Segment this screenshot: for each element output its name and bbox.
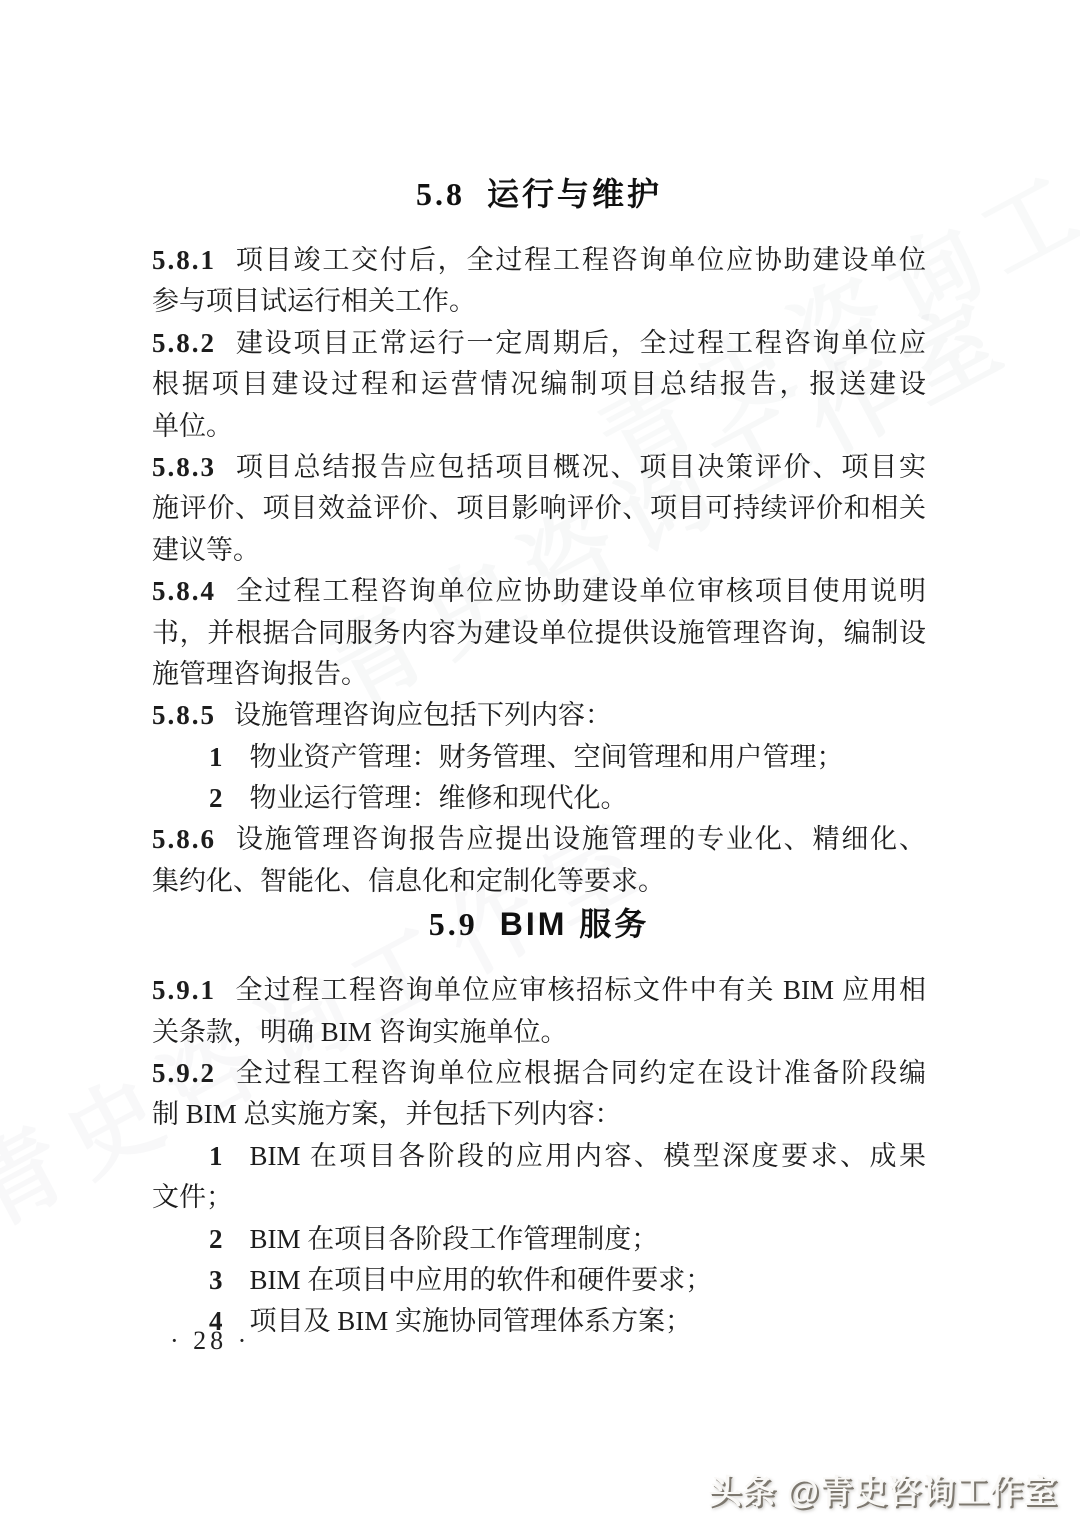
line-text: 项目总结报告应包括项目概况、项目决策评价、项目实 bbox=[234, 452, 926, 482]
line-text: 项目竣工交付后，全过程工程咨询单位应协助建设单位 bbox=[234, 245, 926, 275]
section-heading: 5.9BIM 服务 bbox=[152, 902, 926, 946]
text-line: 5.8.4全过程工程咨询单位应协助建设单位审核项目使用说明 bbox=[152, 571, 926, 612]
clause-number: 5.8.3 bbox=[152, 452, 216, 482]
list-item-number: 1 bbox=[209, 742, 223, 772]
list-item-number: 3 bbox=[209, 1265, 223, 1295]
text-line: 制 BIM 总实施方案，并包括下列内容： bbox=[152, 1094, 926, 1135]
text-line: 单位。 bbox=[152, 406, 926, 447]
line-text: BIM 在项目各阶段工作管理制度； bbox=[250, 1224, 659, 1254]
section-heading-title: BIM 服务 bbox=[500, 906, 650, 942]
line-text: 建设项目正常运行一定周期后，全过程工程咨询单位应 bbox=[234, 328, 926, 358]
text-line: 书，并根据合同服务内容为建设单位提供设施管理咨询，编制设 bbox=[152, 613, 926, 654]
line-text: 单位。 bbox=[152, 411, 233, 441]
text-line: 施管理咨询报告。 bbox=[152, 654, 926, 695]
clause-number: 5.9.2 bbox=[152, 1058, 216, 1088]
text-line: 建议等。 bbox=[152, 530, 926, 571]
line-text: 文件； bbox=[152, 1182, 233, 1212]
text-line: 参与项目试运行相关工作。 bbox=[152, 281, 926, 322]
section-heading-title: 运行与维护 bbox=[487, 176, 662, 212]
page-number: · 28 · bbox=[170, 1326, 250, 1356]
line-text: 根据项目建设过程和运营情况编制项目总结报告，报送建设 bbox=[152, 369, 926, 399]
text-line: 5.8.6设施管理咨询报告应提出设施管理的专业化、精细化、 bbox=[152, 819, 926, 860]
clause-number: 5.8.4 bbox=[152, 576, 216, 606]
line-text: 全过程工程咨询单位应根据合同约定在设计准备阶段编 bbox=[234, 1058, 926, 1088]
clause-number: 5.8.2 bbox=[152, 328, 216, 358]
text-line: 3BIM 在项目中应用的软件和硬件要求； bbox=[152, 1260, 926, 1301]
list-item-number: 2 bbox=[209, 1224, 223, 1254]
text-line: 5.8.3项目总结报告应包括项目概况、项目决策评价、项目实 bbox=[152, 447, 926, 488]
section-heading-number: 5.8 bbox=[416, 176, 465, 212]
line-text: 参与项目试运行相关工作。 bbox=[152, 286, 476, 316]
text-line: 5.9.1全过程工程咨询单位应审核招标文件中有关 BIM 应用相 bbox=[152, 970, 926, 1011]
text-line: 5.9.2全过程工程咨询单位应根据合同约定在设计准备阶段编 bbox=[152, 1053, 926, 1094]
text-line: 5.8.5设施管理咨询应包括下列内容： bbox=[152, 695, 926, 736]
text-line: 集约化、智能化、信息化和定制化等要求。 bbox=[152, 861, 926, 902]
line-text: 集约化、智能化、信息化和定制化等要求。 bbox=[152, 866, 665, 896]
text-line: 施评价、项目效益评价、项目影响评价、项目可持续评价和相关 bbox=[152, 488, 926, 529]
text-line: 根据项目建设过程和运营情况编制项目总结报告，报送建设 bbox=[152, 364, 926, 405]
line-text: 全过程工程咨询单位应协助建设单位审核项目使用说明 bbox=[234, 576, 926, 606]
text-line: 5.8.2建设项目正常运行一定周期后，全过程工程咨询单位应 bbox=[152, 323, 926, 364]
line-text: 项目及 BIM 实施协同管理体系方案； bbox=[250, 1306, 693, 1336]
line-text: 施评价、项目效益评价、项目影响评价、项目可持续评价和相关 bbox=[152, 493, 926, 523]
clause-number: 5.8.6 bbox=[152, 824, 216, 854]
list-item-number: 1 bbox=[209, 1141, 223, 1171]
text-line: 2物业运行管理：维修和现代化。 bbox=[152, 778, 926, 819]
line-text: 制 BIM 总实施方案，并包括下列内容： bbox=[152, 1099, 622, 1129]
line-text: 关条款，明确 BIM 咨询实施单位。 bbox=[152, 1017, 568, 1047]
clause-number: 5.8.5 bbox=[152, 700, 216, 730]
line-text: 物业资产管理：财务管理、空间管理和用户管理； bbox=[250, 742, 844, 772]
line-text: BIM 在项目各阶段的应用内容、模型深度要求、成果 bbox=[250, 1141, 927, 1171]
text-line: 1物业资产管理：财务管理、空间管理和用户管理； bbox=[152, 737, 926, 778]
text-line: 文件； bbox=[152, 1177, 926, 1218]
text-line: 2BIM 在项目各阶段工作管理制度； bbox=[152, 1219, 926, 1260]
line-text: BIM 在项目中应用的软件和硬件要求； bbox=[250, 1265, 713, 1295]
line-text: 设施管理咨询应包括下列内容： bbox=[234, 700, 612, 730]
line-text: 设施管理咨询报告应提出设施管理的专业化、精细化、 bbox=[234, 824, 926, 854]
toutiao-watermark: 头条 @青史咨询工作室 bbox=[709, 1466, 1058, 1513]
line-text: 建议等。 bbox=[152, 535, 260, 565]
text-line: 关条款，明确 BIM 咨询实施单位。 bbox=[152, 1012, 926, 1053]
section-heading: 5.8运行与维护 bbox=[152, 172, 926, 216]
section-heading-number: 5.9 bbox=[429, 906, 478, 942]
text-line: 5.8.1项目竣工交付后，全过程工程咨询单位应协助建设单位 bbox=[152, 240, 926, 281]
line-text: 物业运行管理：维修和现代化。 bbox=[250, 783, 628, 813]
text-line: 4项目及 BIM 实施协同管理体系方案； bbox=[152, 1301, 926, 1342]
clause-number: 5.9.1 bbox=[152, 975, 216, 1005]
line-text: 施管理咨询报告。 bbox=[152, 659, 368, 689]
document-page: 青史咨询工作室 青史咨询工作室 青史咨询工作室 5.8运行与维护5.8.1项目竣… bbox=[0, 0, 1080, 1530]
list-item-number: 2 bbox=[209, 783, 223, 813]
page-content: 5.8运行与维护5.8.1项目竣工交付后，全过程工程咨询单位应协助建设单位参与项… bbox=[152, 0, 926, 1343]
clause-number: 5.8.1 bbox=[152, 245, 216, 275]
line-text: 书，并根据合同服务内容为建设单位提供设施管理咨询，编制设 bbox=[152, 618, 926, 648]
text-line: 1BIM 在项目各阶段的应用内容、模型深度要求、成果 bbox=[152, 1136, 926, 1177]
line-text: 全过程工程咨询单位应审核招标文件中有关 BIM 应用相 bbox=[234, 975, 926, 1005]
